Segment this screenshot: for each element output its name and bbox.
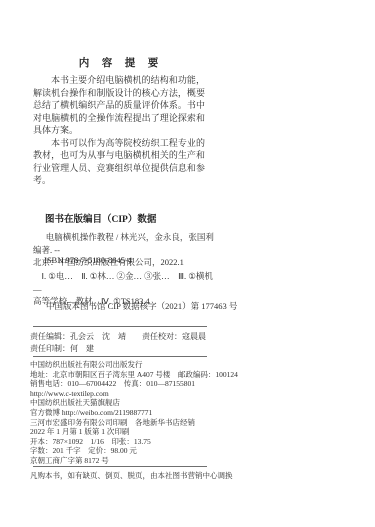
colophon: 中国纺织出版社有限公司出版发行 地址：北京市朝阳区百子湾东里 A407 号楼 邮… — [30, 360, 230, 466]
colophon-line: 中国纺织出版社天猫旗舰店 — [30, 398, 230, 408]
isbn-line: ISBN 978-7-5180-8845-4 — [44, 255, 132, 265]
summary-paragraph: 本书主要介绍电脑横机的结构和功能，解读机台操作和制版设计的核心方法，概要总结了横… — [33, 74, 205, 137]
colophon-line: 地址：北京市朝阳区百子湾东里 A407 号楼 邮政编码：100124 — [30, 370, 230, 380]
summary-section: 本书主要介绍电脑横机的结构和功能，解读机台操作和制版设计的核心方法，概要总结了横… — [33, 74, 205, 187]
colophon-line: 2022 年 1 月第 1 版第 1 次印刷 — [30, 427, 230, 437]
summary-paragraph: 本书可以作为高等院校纺织工程专业的教材，也可为从事与电脑横机相关的生产和行业管理… — [33, 137, 205, 187]
colophon-line: http://www.c-textilep.com — [30, 389, 230, 399]
cip-entry-line: 电脑横机操作教程 / 林光兴，金永良，张国利编著. -- — [33, 231, 218, 256]
colophon-line: 三河市宏盛印务有限公司印刷 各地新华书店经销 — [30, 418, 230, 428]
copyright-page: 内 容 提 要 本书主要介绍电脑横机的结构和功能，解读机台操作和制版设计的核心方… — [0, 0, 375, 527]
staff-editors-line: 责任编辑：孔会云 沈 靖 责任校对：寇晨晨 — [30, 331, 215, 343]
colophon-line: 销售电话：010—67004422 传真：010—87155801 — [30, 379, 230, 389]
cip-record-number: 中国版本图书馆 CIP 数据核字（2021）第 177463 号 — [46, 300, 237, 312]
colophon-line: 开本：787×1092 1/16 印张：13.75 — [30, 437, 230, 447]
staff-printing-line: 责任印制：何 建 — [30, 343, 215, 355]
colophon-line: 京朝工商广字第 8172 号 — [30, 456, 230, 466]
divider — [33, 466, 207, 467]
cip-heading: 图书在版编目（CIP）数据 — [45, 211, 156, 225]
divider — [33, 356, 207, 357]
colophon-line: 中国纺织出版社有限公司出版发行 — [30, 360, 230, 370]
divider — [33, 326, 207, 327]
cip-class-line: Ⅰ. ①电… Ⅱ. ①林… ②金… ③张… Ⅲ. ①横机— — [33, 270, 218, 295]
colophon-line: 字数：201 千字 定价：98.00 元 — [30, 446, 230, 456]
summary-title: 内 容 提 要 — [33, 55, 205, 70]
purchase-notice: 凡购本书，如有缺页、倒页、脱页，由本社图书营销中心调换 — [30, 470, 250, 481]
colophon-line: 官方微博 http://weibo.com/2119887771 — [30, 408, 230, 418]
staff-credits: 责任编辑：孔会云 沈 靖 责任校对：寇晨晨 责任印制：何 建 — [30, 331, 215, 354]
